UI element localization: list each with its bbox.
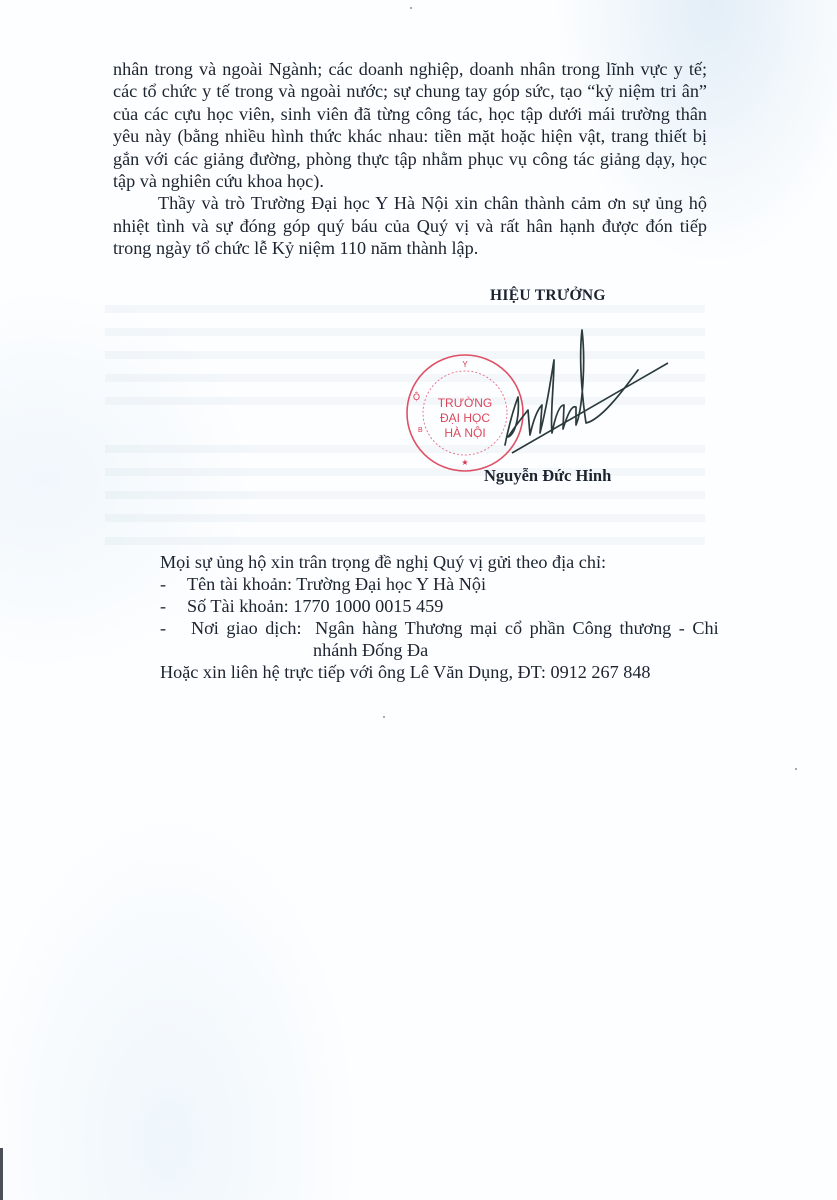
svg-text:★: ★ bbox=[461, 458, 468, 467]
stamp-left-letter-2: B bbox=[418, 427, 423, 434]
scan-speck bbox=[383, 716, 385, 718]
scan-speck bbox=[410, 7, 412, 9]
bullet-dash: - bbox=[160, 617, 187, 639]
account-name-row: -Tên tài khoản: Trường Đại học Y Hà Nội bbox=[160, 573, 720, 595]
bank-branch-value: Ngân hàng Thương mại cổ phần Công thương… bbox=[315, 618, 719, 638]
account-number-label: Số Tài khoản: bbox=[187, 596, 289, 616]
bleed-through-text bbox=[105, 491, 705, 499]
bleed-through-text bbox=[105, 537, 705, 545]
scan-edge-line bbox=[0, 1148, 3, 1200]
bullet-dash: - bbox=[160, 573, 187, 595]
signer-title: HIỆU TRƯỞNG bbox=[490, 287, 606, 305]
donation-intro: Mọi sự ủng hộ xin trân trọng đề nghị Quý… bbox=[160, 551, 720, 573]
account-name-label: Tên tài khoản: bbox=[187, 574, 292, 594]
bank-branch-row: -Nơi giao dịch: Ngân hàng Thương mại cổ … bbox=[160, 617, 720, 639]
stamp-top-letter: Y bbox=[462, 360, 468, 369]
donation-info: Mọi sự ủng hộ xin trân trọng đề nghị Quý… bbox=[160, 551, 720, 683]
signer-name: Nguyễn Đức Hinh bbox=[484, 466, 611, 486]
stamp-line-2: ĐẠI HỌC bbox=[440, 411, 490, 425]
letter-body: nhân trong và ngoài Ngành; các doanh ngh… bbox=[113, 58, 707, 260]
bleed-through-text bbox=[105, 514, 705, 522]
account-number-value: 1770 1000 0015 459 bbox=[293, 596, 443, 616]
account-number-row: -Số Tài khoản: 1770 1000 0015 459 bbox=[160, 595, 720, 617]
handwritten-signature bbox=[490, 325, 700, 465]
bleed-through-text bbox=[105, 305, 705, 313]
letter-paragraph-2: Thầy và trò Trường Đại học Y Hà Nội xin … bbox=[113, 192, 707, 259]
letter-paragraph-1: nhân trong và ngoài Ngành; các doanh ngh… bbox=[113, 58, 707, 192]
contact-line: Hoặc xin liên hệ trực tiếp với ông Lê Vă… bbox=[160, 661, 720, 683]
stamp-left-letter: Ộ bbox=[413, 392, 420, 402]
account-name-value: Trường Đại học Y Hà Nội bbox=[296, 574, 486, 594]
bullet-dash: - bbox=[160, 595, 187, 617]
stamp-line-3: HÀ NỘI bbox=[444, 425, 485, 440]
bank-branch-label: Nơi giao dịch: bbox=[187, 618, 302, 638]
stamp-line-1: TRƯỜNG bbox=[438, 395, 493, 410]
bank-branch-continuation: nhánh Đống Đa bbox=[160, 639, 720, 661]
scan-speck bbox=[795, 768, 797, 770]
